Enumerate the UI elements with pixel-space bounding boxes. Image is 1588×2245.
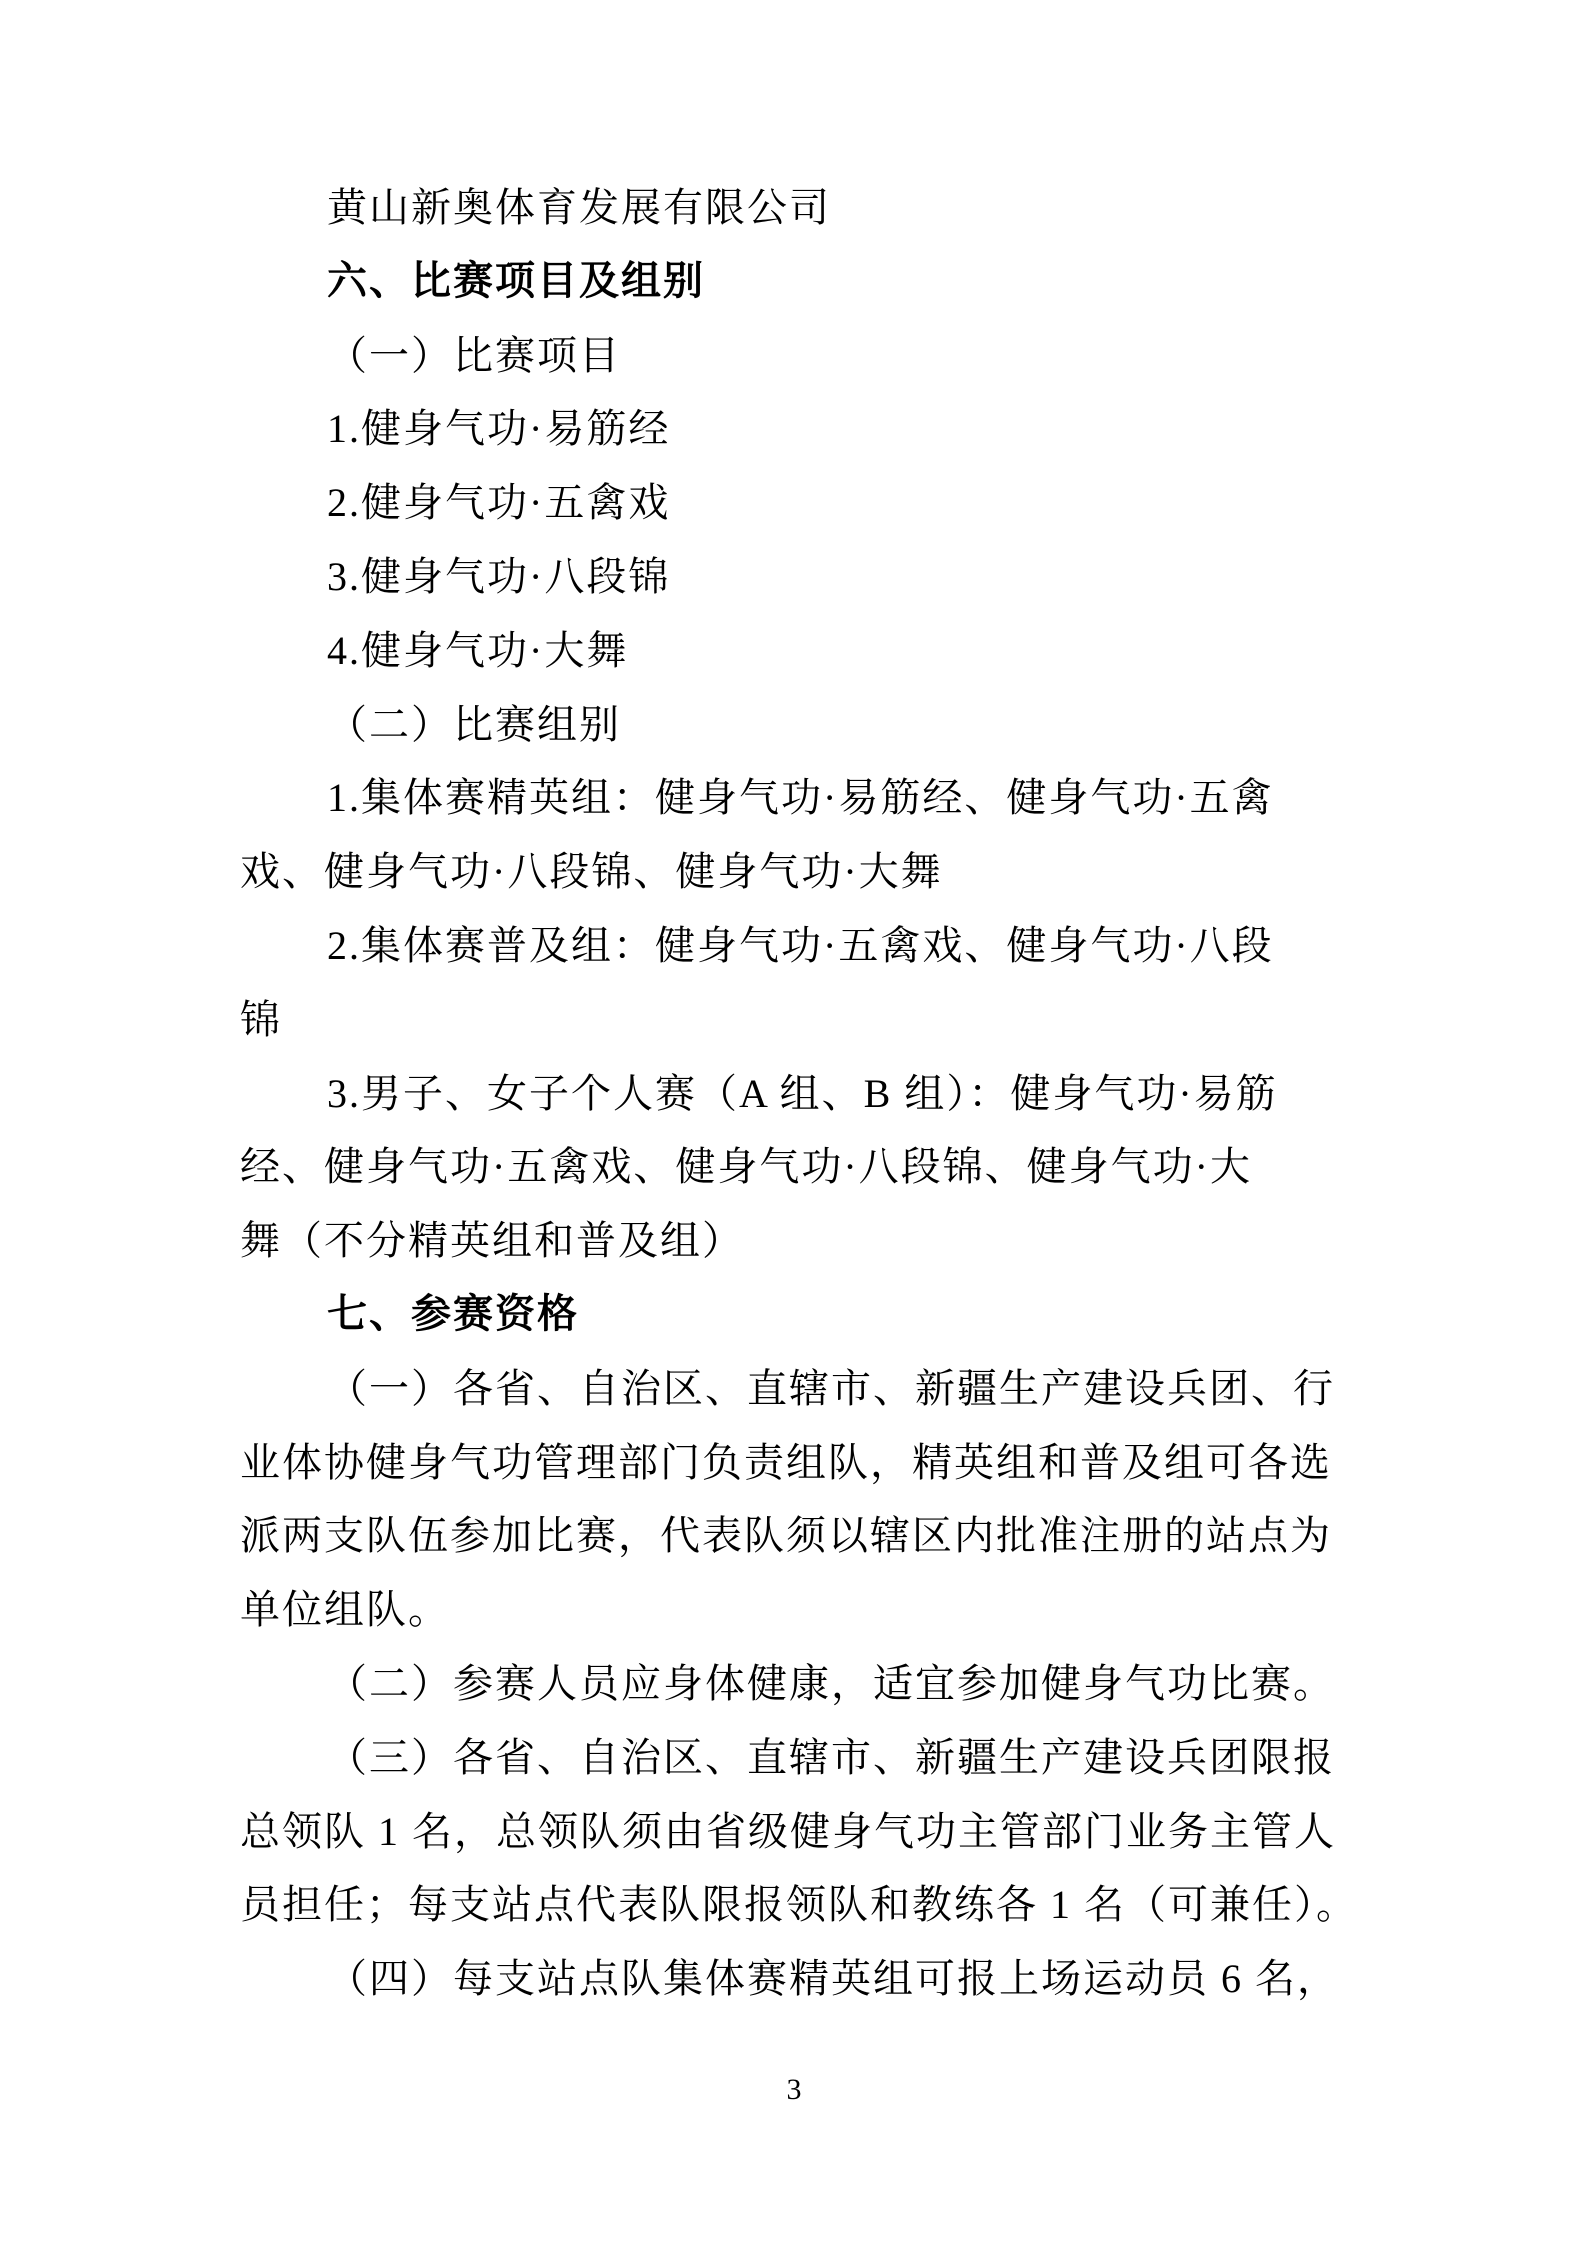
text-line: 3.男子、女子个人赛（A 组、B 组）：健身气功·易筋 [240, 1057, 1346, 1131]
document-body: 黄山新奥体育发展有限公司六、比赛项目及组别（一）比赛项目1.健身气功·易筋经2.… [240, 171, 1346, 2016]
text-line: 员担任；每支站点代表队限报领队和教练各 1 名（可兼任）。 [240, 1868, 1346, 1942]
text-line: 经、健身气功·五禽戏、健身气功·八段锦、健身气功·大 [240, 1130, 1346, 1204]
text-line: 1.集体赛精英组：健身气功·易筋经、健身气功·五禽 [240, 761, 1346, 835]
text-line: 派两支队伍参加比赛，代表队须以辖区内批准注册的站点为 [240, 1499, 1346, 1573]
text-line: 4.健身气功·大舞 [240, 614, 1346, 688]
text-line: （三）各省、自治区、直辖市、新疆生产建设兵团限报 [240, 1721, 1346, 1795]
text-line: 总领队 1 名，总领队须由省级健身气功主管部门业务主管人 [240, 1795, 1346, 1869]
text-line: 黄山新奥体育发展有限公司 [240, 171, 1346, 245]
text-line: （二）参赛人员应身体健康，适宜参加健身气功比赛。 [240, 1647, 1346, 1721]
text-line: 3.健身气功·八段锦 [240, 540, 1346, 614]
text-line: 锦 [240, 983, 1346, 1057]
text-line: （一）各省、自治区、直辖市、新疆生产建设兵团、行 [240, 1352, 1346, 1426]
text-line: 1.健身气功·易筋经 [240, 392, 1346, 466]
text-line: 舞（不分精英组和普及组） [240, 1204, 1346, 1278]
text-line: 七、参赛资格 [240, 1278, 1346, 1352]
page-number: 3 [0, 2072, 1588, 2108]
text-line: （二）比赛组别 [240, 688, 1346, 762]
text-line: （一）比赛项目 [240, 319, 1346, 393]
text-line: 单位组队。 [240, 1573, 1346, 1647]
document-page: 黄山新奥体育发展有限公司六、比赛项目及组别（一）比赛项目1.健身气功·易筋经2.… [0, 0, 1588, 2245]
text-line: （四）每支站点队集体赛精英组可报上场运动员 6 名， [240, 1942, 1346, 2016]
text-line: 业体协健身气功管理部门负责组队，精英组和普及组可各选 [240, 1426, 1346, 1500]
text-line: 六、比赛项目及组别 [240, 245, 1346, 319]
text-line: 戏、健身气功·八段锦、健身气功·大舞 [240, 835, 1346, 909]
text-line: 2.集体赛普及组：健身气功·五禽戏、健身气功·八段 [240, 909, 1346, 983]
text-line: 2.健身气功·五禽戏 [240, 466, 1346, 540]
